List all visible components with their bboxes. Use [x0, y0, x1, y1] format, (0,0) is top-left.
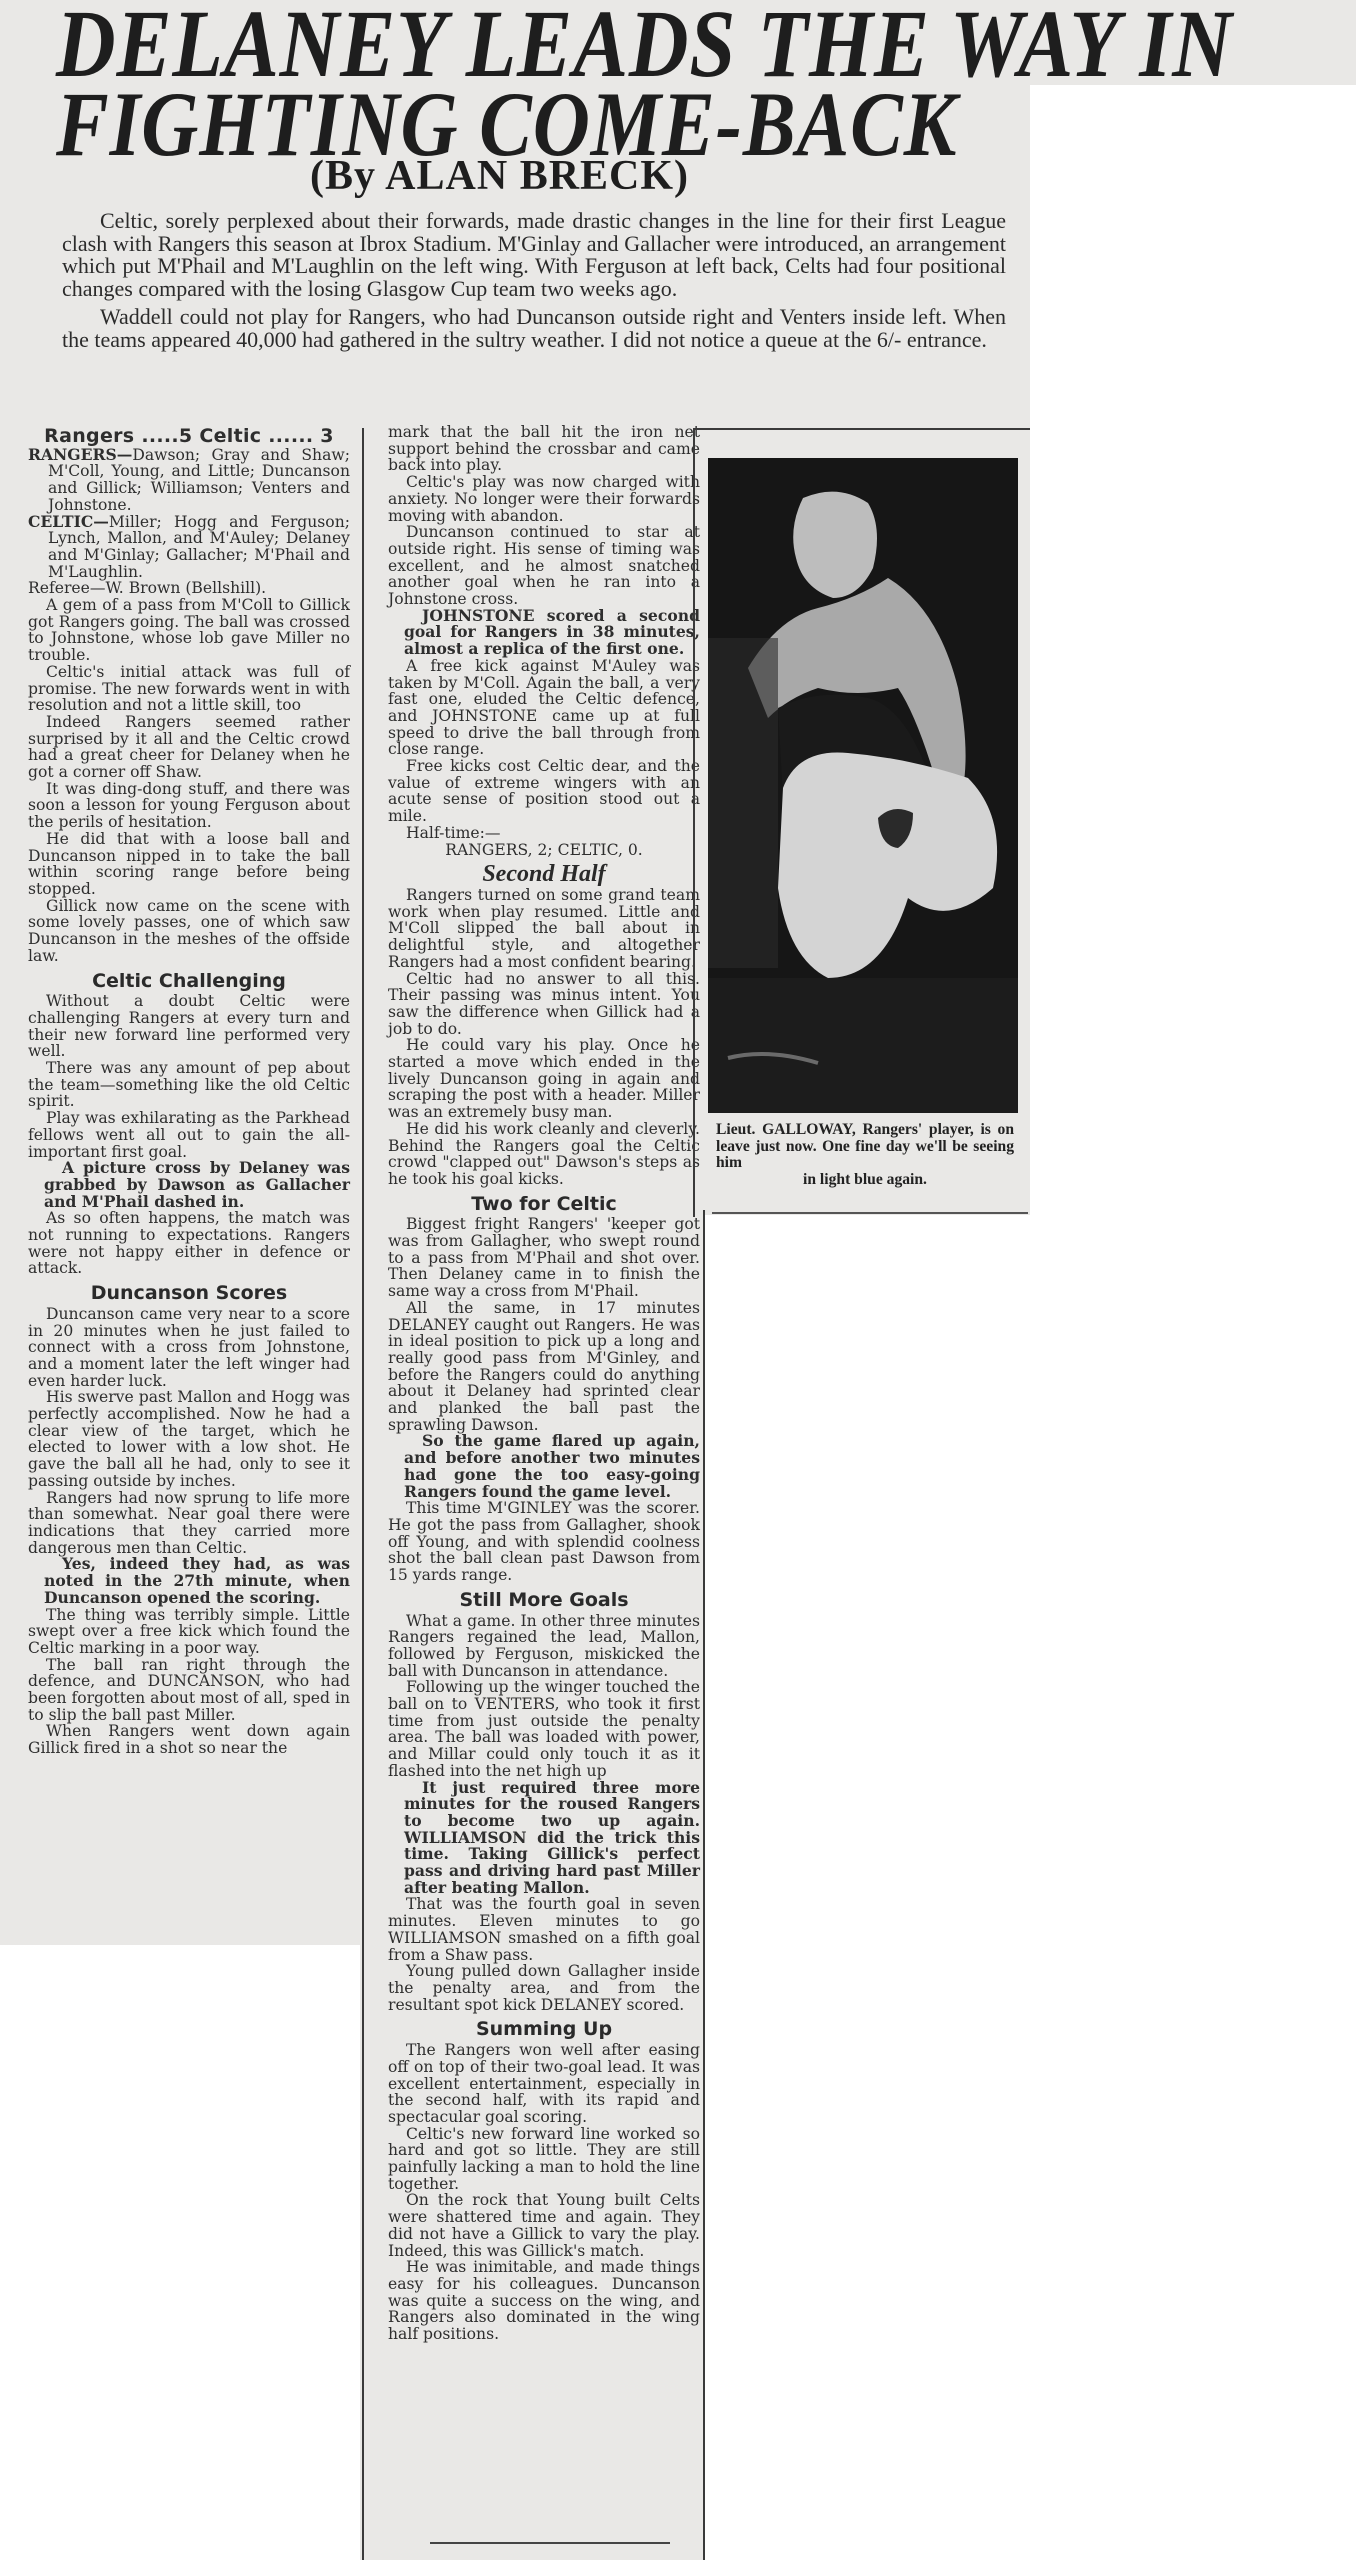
- paragraph: Duncanson came very near to a score in 2…: [28, 1306, 350, 1390]
- caption-rule: [712, 1212, 1028, 1214]
- paragraph: Celtic's play was now charged with anxie…: [388, 474, 700, 524]
- column-rule-left: [362, 428, 364, 2560]
- subheading-duncanson-scores: Duncanson Scores: [28, 1285, 350, 1302]
- article-column-middle: mark that the ball hit the iron net supp…: [388, 424, 700, 2343]
- paragraph: Play was exhilarating as the Parkhead fe…: [28, 1110, 350, 1160]
- subheading-still-more-goals: Still More Goals: [388, 1592, 700, 1609]
- paragraph: A free kick against M'Auley was taken by…: [388, 658, 700, 758]
- subheading-celtic-challenging: Celtic Challenging: [28, 973, 350, 990]
- paragraph: Rangers turned on some grand team work w…: [388, 887, 700, 971]
- team-label-celtic: CELTIC—: [28, 512, 109, 531]
- player-figure-icon: [708, 458, 1018, 1113]
- paragraph: Celtic had no answer to all this. Their …: [388, 971, 700, 1038]
- paragraph: Following up the winger touched the ball…: [388, 1679, 700, 1779]
- paragraph: The thing was terribly simple. Little sw…: [28, 1607, 350, 1657]
- paragraph: Rangers had now sprung to life more than…: [28, 1490, 350, 1557]
- bold-paragraph: JOHNSTONE scored a second goal for Range…: [388, 608, 700, 658]
- paragraph: Celtic's initial attack was full of prom…: [28, 664, 350, 714]
- intro-paragraph: Celtic, sorely perplexed about their for…: [62, 210, 1006, 300]
- paragraph: It was ding-dong stuff, and there was so…: [28, 781, 350, 831]
- paragraph: He did that with a loose ball and Duncan…: [28, 831, 350, 898]
- final-score: Rangers .....5 Celtic ...... 3: [28, 428, 350, 445]
- halftime-label: Half-time:—: [388, 825, 700, 842]
- bold-paragraph: Yes, indeed they had, as was noted in th…: [28, 1556, 350, 1606]
- paragraph: Without a doubt Celtic were challenging …: [28, 993, 350, 1060]
- bold-paragraph: So the game flared up again, and before …: [388, 1433, 700, 1500]
- paragraph: What a game. In other three minutes Rang…: [388, 1613, 700, 1680]
- paragraph: He did his work cleanly and cleverly. Be…: [388, 1121, 700, 1188]
- paragraph: There was any amount of pep about the te…: [28, 1060, 350, 1110]
- subheading-two-for-celtic: Two for Celtic: [388, 1196, 700, 1213]
- paragraph: Indeed Rangers seemed rather surprised b…: [28, 714, 350, 781]
- paragraph: Gillick now came on the scene with some …: [28, 898, 350, 965]
- paragraph: Celtic's new forward line worked so hard…: [388, 2126, 700, 2193]
- end-ornament-rule: [430, 2542, 670, 2544]
- byline: (By ALAN BRECK): [310, 152, 689, 200]
- paragraph: Free kicks cost Celtic dear, and the val…: [388, 758, 700, 825]
- paragraph: Young pulled down Gallagher inside the p…: [388, 1963, 700, 2013]
- caption-text: Lieut. GALLOWAY, Rangers' player, is on …: [716, 1121, 1014, 1171]
- paragraph: Duncanson continued to star at outside r…: [388, 524, 700, 608]
- paragraph: The Rangers won well after easing off on…: [388, 2042, 700, 2126]
- paragraph: On the rock that Young built Celts were …: [388, 2192, 700, 2259]
- bold-paragraph: It just required three more minutes for …: [388, 1780, 700, 1897]
- intro-text: Celtic, sorely perplexed about their for…: [62, 210, 1006, 351]
- paragraph: Biggest fright Rangers' 'keeper got was …: [388, 1216, 700, 1300]
- paragraph: He was inimitable, and made things easy …: [388, 2259, 700, 2343]
- subheading-summing-up: Summing Up: [388, 2021, 700, 2038]
- subheading-second-half: Second Half: [388, 866, 700, 883]
- paragraph: This time M'GINLEY was the scorer. He go…: [388, 1500, 700, 1584]
- halftime-score: RANGERS, 2; CELTIC, 0.: [388, 842, 700, 859]
- paragraph: As so often happens, the match was not r…: [28, 1210, 350, 1277]
- team-label-rangers: RANGERS—: [28, 445, 132, 464]
- bold-paragraph: A picture cross by Delaney was grabbed b…: [28, 1160, 350, 1210]
- article-column-left: Rangers .....5 Celtic ...... 3 RANGERS—D…: [28, 428, 350, 1757]
- paragraph: The ball ran right through the defence, …: [28, 1657, 350, 1724]
- caption-text-last-line: in light blue again.: [716, 1172, 1014, 1189]
- paragraph: mark that the ball hit the iron net supp…: [388, 424, 700, 474]
- paragraph: All the same, in 17 minutes DELANEY caug…: [388, 1300, 700, 1434]
- photo-caption: Lieut. GALLOWAY, Rangers' player, is on …: [716, 1122, 1014, 1188]
- player-photo: [708, 458, 1018, 1113]
- intro-paragraph: Waddell could not play for Rangers, who …: [62, 306, 1006, 351]
- paragraph: A gem of a pass from M'Coll to Gillick g…: [28, 597, 350, 664]
- paragraph: When Rangers went down again Gillick fir…: [28, 1723, 350, 1756]
- paragraph: His swerve past Mallon and Hogg was perf…: [28, 1389, 350, 1489]
- column-rule-right: [703, 1210, 705, 2560]
- paragraph: He could vary his play. Once he started …: [388, 1037, 700, 1121]
- lineup-rangers: RANGERS—Dawson; Gray and Shaw; M'Coll, Y…: [28, 447, 350, 514]
- referee-line: Referee—W. Brown (Bellshill).: [28, 580, 350, 597]
- paragraph: That was the fourth goal in seven minute…: [388, 1896, 700, 1963]
- lineup-celtic: CELTIC—Miller; Hogg and Ferguson; Lynch,…: [28, 514, 350, 581]
